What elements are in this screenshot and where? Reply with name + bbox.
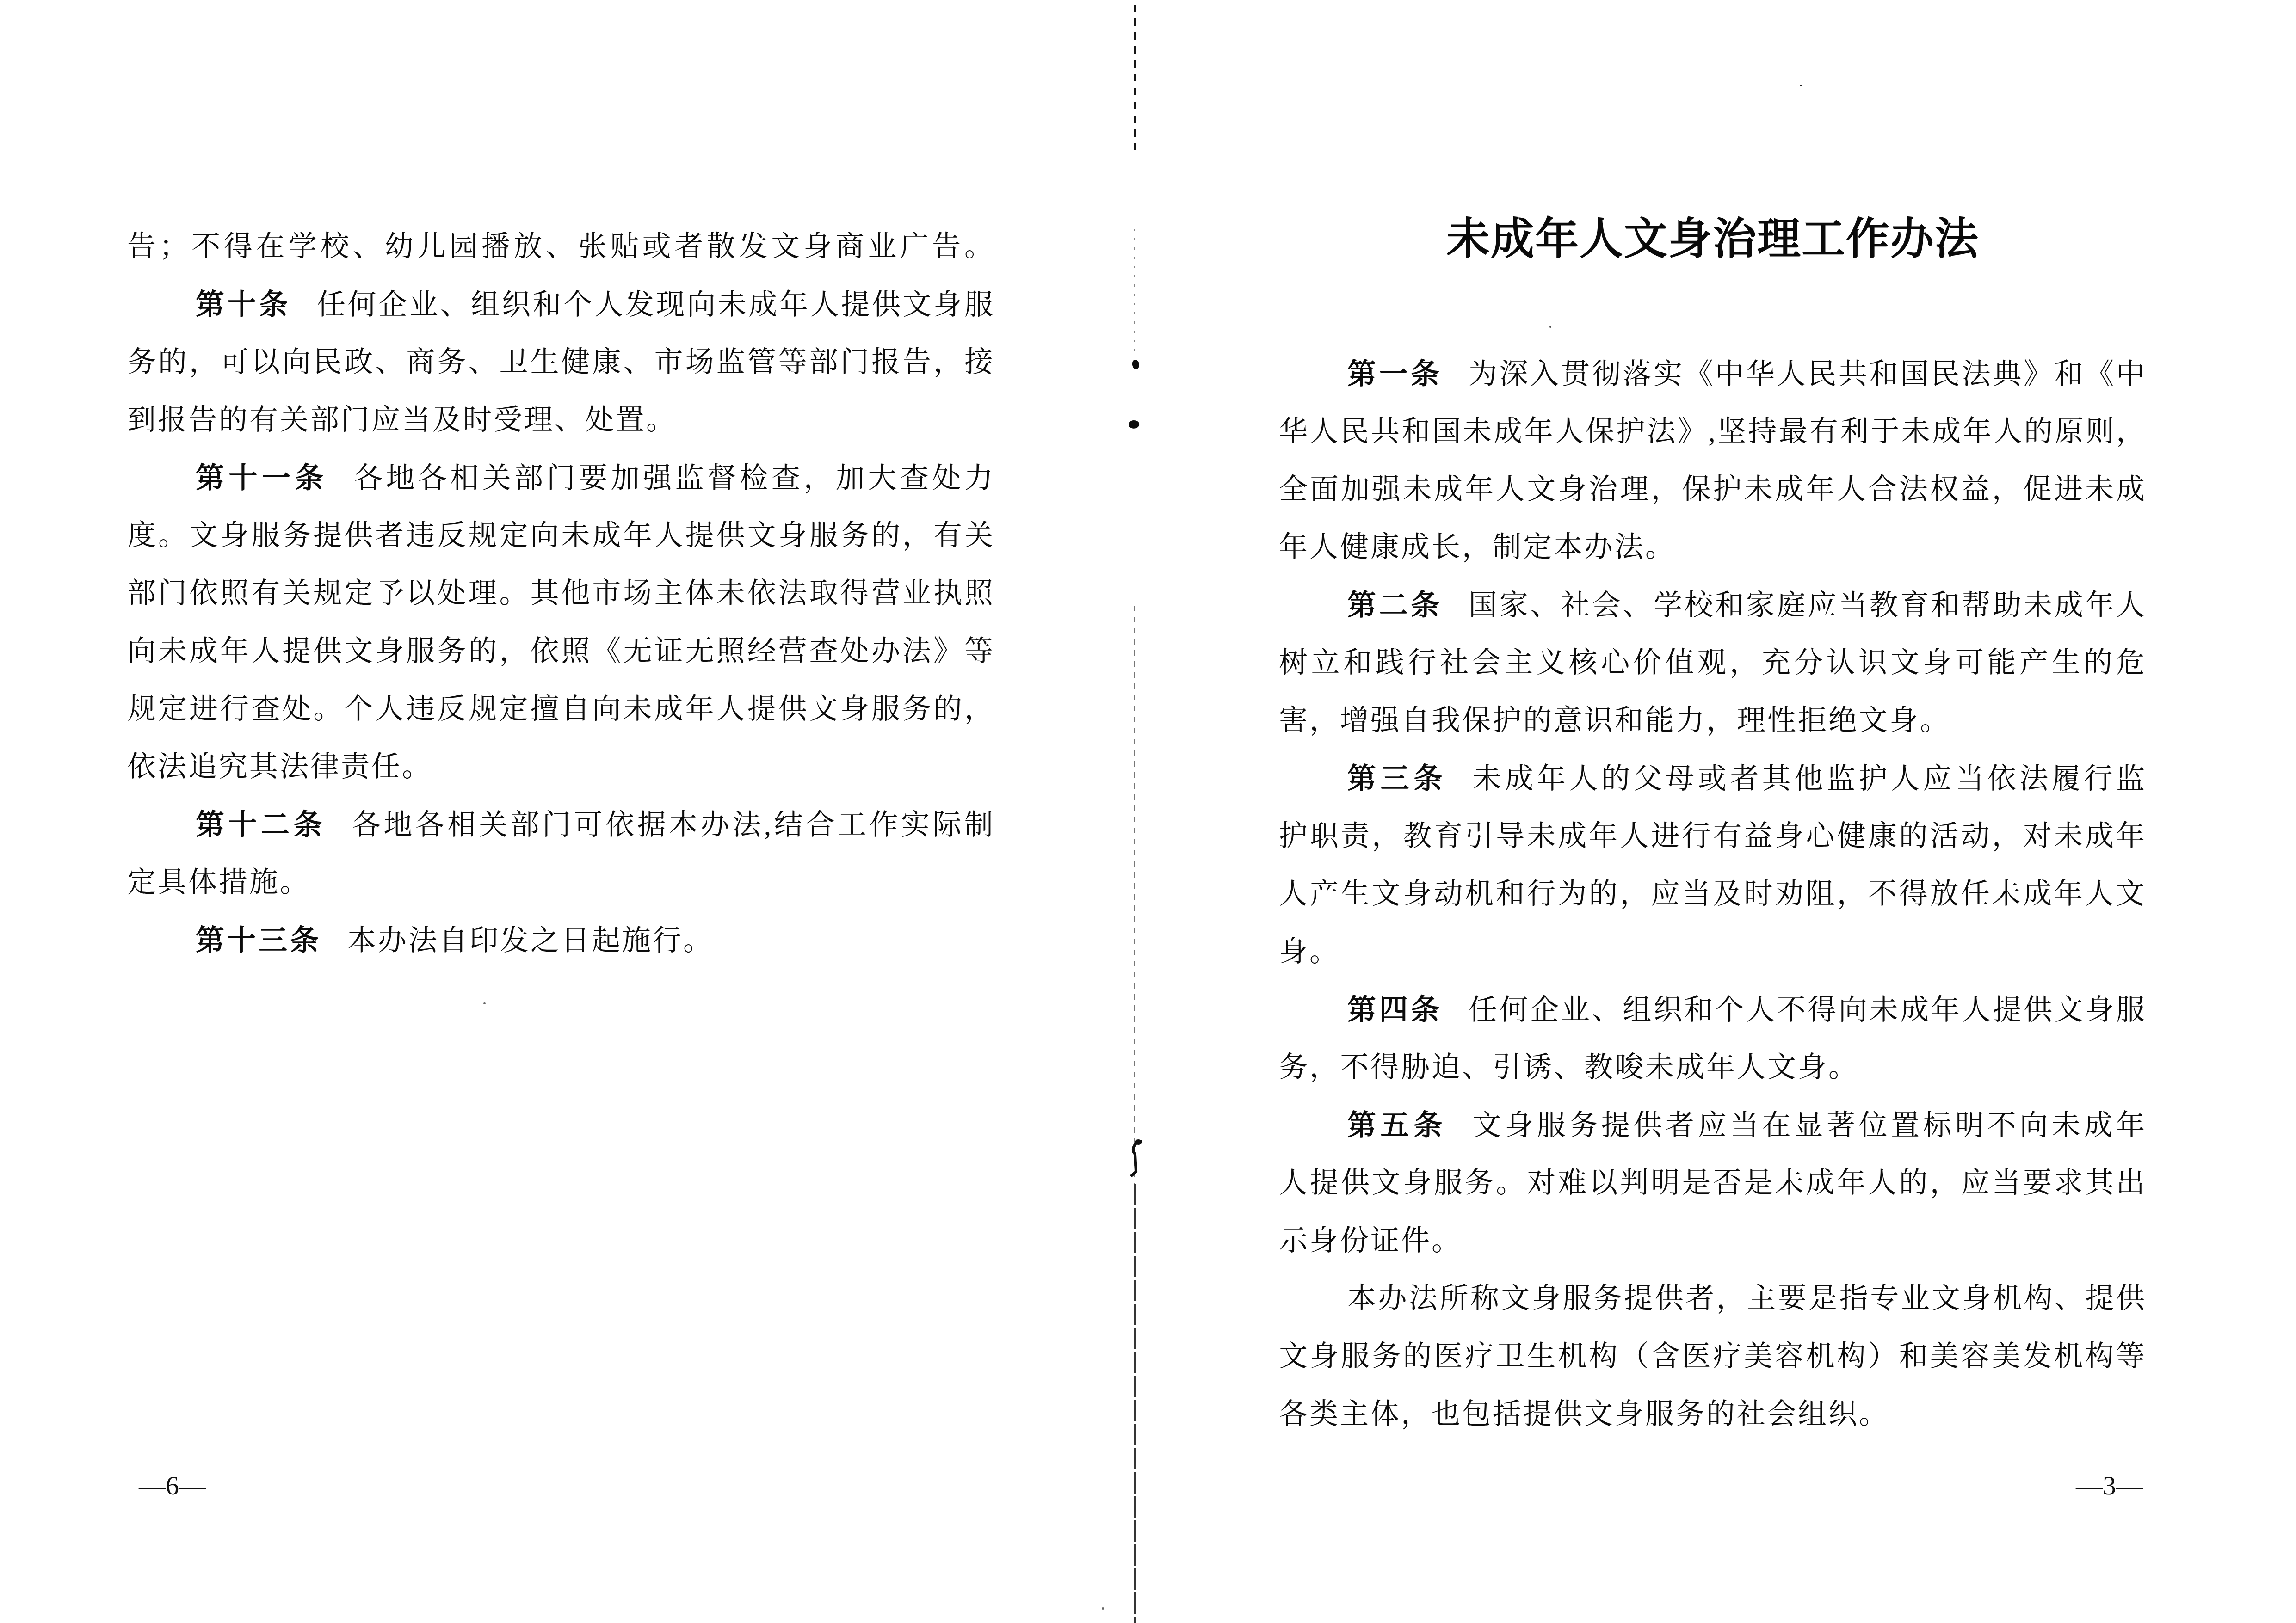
- line-text: 未成年人的父母或者其他监护人应当依法履行监: [1473, 763, 2147, 795]
- text-line: 度。文身服务提供者违反规定向未成年人提供文身服务的，有关: [127, 507, 995, 565]
- line-text: 向未成年人提供文身服务的，依照《无证无照经营查处办法》等: [127, 636, 995, 667]
- article-number-label: 第一条: [1347, 358, 1443, 390]
- text-line: 人提供文身服务。对难以判明是否是未成年人的，应当要求其出: [1279, 1155, 2147, 1212]
- text-line: 务，不得胁迫、引诱、教唆未成年人文身。: [1279, 1039, 2147, 1097]
- line-text: 依法追究其法律责任。: [127, 751, 432, 783]
- line-text: 务，不得胁迫、引诱、教唆未成年人文身。: [1279, 1052, 1859, 1083]
- ink-hook-mark: [1130, 1138, 1143, 1178]
- text-line: 到报告的有关部门应当及时受理、处置。: [127, 392, 995, 449]
- page-right: 未成年人文身治理工作办法 第一条为深入贯彻落实《中华人民共和国民法典》和《中华人…: [1147, 0, 2296, 1623]
- text-line: 各类主体，也包括提供文身服务的社会组织。: [1279, 1386, 2147, 1444]
- gutter-fold-line-bottom: [1134, 1184, 1136, 1623]
- gutter-fold-line-middle: [1134, 606, 1135, 1184]
- text-line: 树立和践行社会主义核心价值观，充分认识文身可能产生的危: [1279, 634, 2147, 692]
- text-line: 第五条文身服务提供者应当在显著位置标明不向未成年: [1279, 1097, 2147, 1155]
- line-text: 护职责，教育引导未成年人进行有益身心健康的活动，对未成年: [1279, 821, 2147, 852]
- dust-speck-2: [1102, 1607, 1104, 1610]
- text-line: 第十三条本办法自印发之日起施行。: [127, 912, 995, 970]
- text-line: 第二条国家、社会、学校和家庭应当教育和帮助未成年人: [1279, 577, 2147, 634]
- line-text: 到报告的有关部门应当及时受理、处置。: [127, 405, 677, 436]
- text-line: 第一条为深入贯彻落实《中华人民共和国民法典》和《中: [1279, 345, 2147, 403]
- line-text: 年人健康成长，制定本办法。: [1279, 532, 1676, 563]
- text-line: 部门依照有关规定予以处理。其他市场主体未依法取得营业执照: [127, 565, 995, 623]
- article-number-label: 第十条: [196, 289, 291, 321]
- text-line: 第十二条各地各相关部门可依据本办法,结合工作实际制: [127, 796, 995, 854]
- text-line: 护职责，教育引导未成年人进行有益身心健康的活动，对未成年: [1279, 808, 2147, 866]
- left-page-number: —6—: [139, 1471, 206, 1500]
- dust-speck-1: [1800, 85, 1802, 86]
- line-text: 本办法所称文身服务提供者，主要是指专业文身机构、提供: [1347, 1283, 2147, 1315]
- line-text: 度。文身服务提供者违反规定向未成年人提供文身服务的，有关: [127, 520, 995, 552]
- article-number-label: 第十二条: [196, 809, 326, 841]
- dust-speck-3: [1549, 326, 1551, 328]
- text-line: 向未成年人提供文身服务的，依照《无证无照经营查处办法》等: [127, 623, 995, 681]
- line-text: 文身服务的医疗卫生机构（含医疗美容机构）和美容美发机构等: [1279, 1341, 2147, 1372]
- text-line: 第三条未成年人的父母或者其他监护人应当依法履行监: [1279, 750, 2147, 808]
- line-text: 任何企业、组织和个人不得向未成年人提供文身服: [1469, 995, 2147, 1026]
- text-line: 华人民共和国未成年人保护法》,坚持最有利于未成年人的原则，: [1279, 403, 2147, 461]
- line-text: 务的，可以向民政、商务、卫生健康、市场监管等部门报告，接: [127, 347, 995, 378]
- text-line: 规定进行查处。个人违反规定擅自向未成年人提供文身服务的，: [127, 681, 995, 738]
- line-text: 告；不得在学校、幼儿园播放、张贴或者散发文身商业广告。: [127, 231, 995, 263]
- text-line: 定具体措施。: [127, 854, 995, 912]
- line-text: 国家、社会、学校和家庭应当教育和帮助未成年人: [1469, 590, 2147, 621]
- line-text: 文身服务提供者应当在显著位置标明不向未成年: [1473, 1110, 2147, 1142]
- dust-speck-4: [483, 1002, 486, 1004]
- line-text: 部门依照有关规定予以处理。其他市场主体未依法取得营业执照: [127, 578, 995, 609]
- text-line: 示身份证件。: [1279, 1212, 2147, 1270]
- line-text: 各类主体，也包括提供文身服务的社会组织。: [1279, 1399, 1889, 1430]
- text-line: 务的，可以向民政、商务、卫生健康、市场监管等部门报告，接: [127, 334, 995, 392]
- article-number-label: 第十一条: [196, 462, 328, 494]
- page-left: 告；不得在学校、幼儿园播放、张贴或者散发文身商业广告。第十条任何企业、组织和个人…: [0, 0, 1147, 1623]
- text-line: 身。: [1279, 923, 2147, 981]
- line-text: 定具体措施。: [127, 867, 310, 898]
- text-line: 本办法所称文身服务提供者，主要是指专业文身机构、提供: [1279, 1270, 2147, 1328]
- text-line: 全面加强未成年人文身治理，保护未成年人合法权益，促进未成: [1279, 461, 2147, 519]
- text-line: 年人健康成长，制定本办法。: [1279, 519, 2147, 577]
- line-text: 人产生文身动机和行为的，应当及时劝阻，不得放任未成年人文: [1279, 879, 2147, 910]
- text-line: 第四条任何企业、组织和个人不得向未成年人提供文身服: [1279, 981, 2147, 1039]
- scanned-document-spread: { "colors": { "ink": "#0c0c0c", "paper":…: [0, 0, 2296, 1623]
- line-text: 规定进行查处。个人违反规定擅自向未成年人提供文身服务的，: [127, 694, 995, 725]
- line-text: 树立和践行社会主义核心价值观，充分认识文身可能产生的危: [1279, 647, 2147, 679]
- line-text: 害，增强自我保护的意识和能力，理性拒绝文身。: [1279, 705, 1950, 737]
- right-page-text: 第一条为深入贯彻落实《中华人民共和国民法典》和《中华人民共和国未成年人保护法》,…: [1279, 345, 2147, 1444]
- article-number-label: 第三条: [1347, 763, 1447, 795]
- gutter-fold-line-top: [1134, 5, 1136, 150]
- line-text: 身。: [1279, 936, 1340, 968]
- text-line: 第十一条各地各相关部门要加强监督检查，加大查处力: [127, 449, 995, 507]
- line-text: 示身份证件。: [1279, 1225, 1462, 1257]
- right-page-number: —3—: [2076, 1471, 2168, 1500]
- text-line: 人产生文身动机和行为的，应当及时劝阻，不得放任未成年人文: [1279, 866, 2147, 923]
- left-page-text: 告；不得在学校、幼儿园播放、张贴或者散发文身商业广告。第十条任何企业、组织和个人…: [127, 218, 995, 970]
- article-number-label: 第四条: [1347, 994, 1443, 1026]
- line-text: 为深入贯彻落实《中华人民共和国民法典》和《中: [1469, 359, 2147, 390]
- text-line: 文身服务的医疗卫生机构（含医疗美容机构）和美容美发机构等: [1279, 1328, 2147, 1386]
- article-number-label: 第十三条: [196, 925, 321, 957]
- text-line: 依法追究其法律责任。: [127, 738, 995, 796]
- text-line: 告；不得在学校、幼儿园播放、张贴或者散发文身商业广告。: [127, 218, 995, 276]
- text-line: 害，增强自我保护的意识和能力，理性拒绝文身。: [1279, 692, 2147, 750]
- article-number-label: 第五条: [1347, 1110, 1447, 1142]
- line-text: 华人民共和国未成年人保护法》,坚持最有利于未成年人的原则，: [1279, 416, 2147, 448]
- line-text: 全面加强未成年人文身治理，保护未成年人合法权益，促进未成: [1279, 474, 2147, 505]
- document-title: 未成年人文身治理工作办法: [1277, 212, 2148, 267]
- line-text: 本办法自印发之日起施行。: [347, 925, 714, 957]
- line-text: 任何企业、组织和个人发现向未成年人提供文身服: [317, 289, 995, 321]
- line-text: 人提供文身服务。对难以判明是否是未成年人的，应当要求其出: [1279, 1168, 2147, 1199]
- text-line: 第十条任何企业、组织和个人发现向未成年人提供文身服: [127, 276, 995, 334]
- line-text: 各地各相关部门可依据本办法,结合工作实际制: [352, 810, 995, 841]
- line-text: 各地各相关部门要加强监督检查，加大查处力: [354, 463, 995, 494]
- gutter-fold-line-upper: [1134, 229, 1135, 356]
- article-number-label: 第二条: [1347, 590, 1443, 621]
